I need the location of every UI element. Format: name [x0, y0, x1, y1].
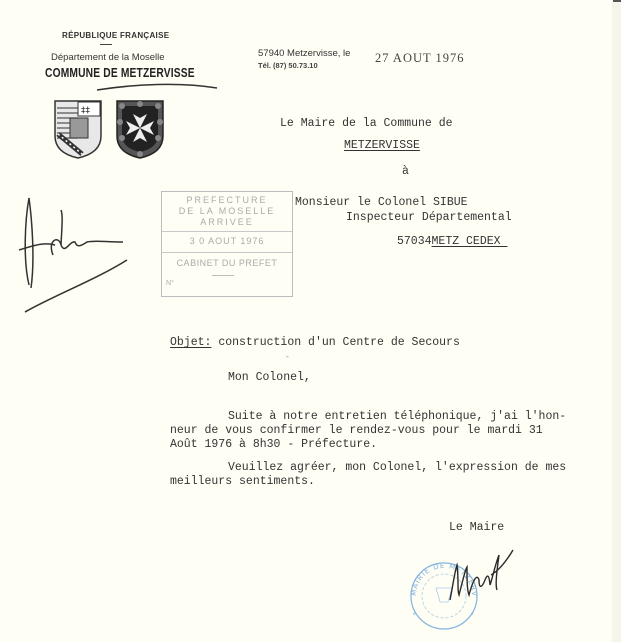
salutation: Mon Colonel,	[228, 371, 311, 384]
recipient-city: METZ CEDEX	[432, 235, 501, 248]
stamp-divider	[162, 252, 292, 253]
body-line: Veuillez agréer, mon Colonel, l'expressi…	[228, 461, 566, 474]
subject-text: construction d'un Centre de Secours	[211, 336, 459, 349]
stamp-date: 3 0 AOUT 1976	[162, 236, 292, 246]
scan-corner-mark	[613, 0, 621, 2]
republic-heading: RÉPUBLIQUE FRANÇAISE	[62, 31, 169, 40]
stamp-office: CABINET DU PREFET	[162, 258, 292, 268]
signoff: Le Maire	[449, 521, 504, 534]
stamp-line2: DE LA MOSELLE	[162, 206, 292, 216]
stamp-ref: N°	[166, 280, 174, 287]
mayor-signature-icon	[445, 545, 515, 605]
letter-page: RÉPUBLIQUE FRANÇAISE Département de la M…	[0, 0, 612, 642]
stamp-underline	[212, 275, 234, 276]
sender-telephone: Tél. (87) 50.73.10	[258, 61, 318, 70]
svg-text:*: *	[470, 613, 474, 621]
recipient-name: Monsieur le Colonel SIBUE	[295, 196, 468, 209]
sender-commune: METZERVISSE	[344, 139, 420, 152]
received-stamp: PREFECTURE DE LA MOSELLE ARRIVEE 3 0 AOU…	[161, 191, 293, 297]
recipient-title: Inspecteur Départemental	[346, 211, 512, 224]
page-edge	[612, 0, 621, 642]
coat-of-arms-maltese-cross-icon	[114, 98, 166, 160]
body-line: Août 1976 à 8h30 - Préfecture.	[170, 438, 377, 451]
tick-mark: -	[285, 353, 290, 362]
stamp-divider	[162, 231, 292, 232]
heading-divider	[100, 44, 112, 45]
handwritten-initials-icon	[15, 190, 135, 315]
to-preposition: à	[402, 165, 409, 178]
coat-of-arms-lorraine-icon: ‡‡	[52, 98, 104, 160]
body-line: Suite à notre entretien téléphonique, j'…	[228, 410, 566, 423]
sender-address: 57940 Metzervisse, le	[258, 48, 350, 59]
stamp-line3: ARRIVEE	[162, 217, 292, 227]
swash-underline-icon	[95, 80, 220, 92]
recipient-city-line: 57034METZ CEDEX	[397, 235, 507, 248]
body-line: meilleurs sentiments.	[170, 475, 315, 488]
department-name: Département de la Moselle	[51, 52, 165, 63]
recipient-postcode: 57034	[397, 235, 432, 248]
body-line: neur de vous confirmer le rendez-vous po…	[170, 424, 543, 437]
subject-line: Objet: construction d'un Centre de Secou…	[170, 336, 460, 349]
sender-line: Le Maire de la Commune de	[280, 117, 453, 130]
svg-text:*: *	[412, 613, 416, 621]
svg-text:‡‡: ‡‡	[81, 106, 91, 116]
commune-name: COMMUNE DE METZERVISSE	[45, 66, 195, 80]
subject-label: Objet:	[170, 336, 211, 349]
stamp-line1: PREFECTURE	[162, 195, 292, 205]
letter-date: 27 AOUT 1976	[375, 51, 465, 66]
